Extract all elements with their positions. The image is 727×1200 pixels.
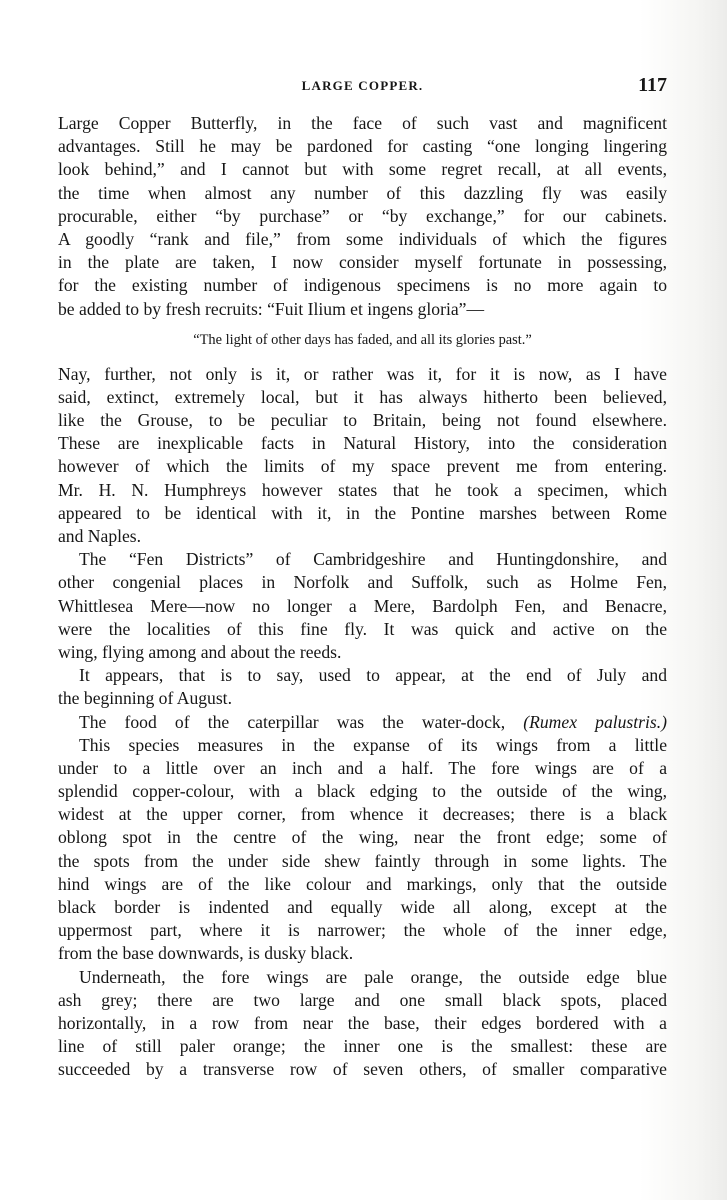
- body-text: Large Copper Butterfly, in the face of s…: [58, 112, 667, 1082]
- text-line: however of which the limits of my space …: [58, 455, 667, 478]
- running-head: LARGE COPPER. 117: [58, 74, 667, 98]
- paragraph: Underneath, the fore wings are pale oran…: [58, 966, 667, 1082]
- text-line: The food of the caterpillar was the wate…: [58, 711, 667, 734]
- text-line: uppermost part, where it is narrower; th…: [58, 919, 667, 942]
- text-line: This species measures in the expanse of …: [58, 734, 667, 757]
- text-line: widest at the upper corner, from whence …: [58, 803, 667, 826]
- text-line: the beginning of August.: [58, 687, 667, 710]
- text-line: succeeded by a transverse row of seven o…: [58, 1058, 667, 1081]
- plain-text: The food of the caterpillar was the wate…: [79, 712, 505, 732]
- text-line: like the Grouse, to be peculiar to Brita…: [58, 409, 667, 432]
- text-line: under to a little over an inch and a hal…: [58, 757, 667, 780]
- paragraph: The “Fen Districts” of Cambridgeshire an…: [58, 548, 667, 664]
- text-line: the time when almost any number of this …: [58, 182, 667, 205]
- text-line: horizontally, in a row from near the bas…: [58, 1012, 667, 1035]
- text-line: oblong spot in the centre of the wing, n…: [58, 826, 667, 849]
- latin-name: (Rumex palustris.): [523, 712, 667, 732]
- text-line: It appears, that is to say, used to appe…: [58, 664, 667, 687]
- text-line: said, extinct, extremely local, but it h…: [58, 386, 667, 409]
- text-line: Large Copper Butterfly, in the face of s…: [58, 112, 667, 135]
- text-line: Mr. H. N. Humphreys however states that …: [58, 479, 667, 502]
- text-line: appeared to be identical with it, in the…: [58, 502, 667, 525]
- text-line: line of still paler orange; the inner on…: [58, 1035, 667, 1058]
- text-line: were the localities of this fine fly. It…: [58, 618, 667, 641]
- page-number: 117: [638, 74, 667, 97]
- text-line: A goodly “rank and file,” from some indi…: [58, 228, 667, 251]
- text-line: ash grey; there are two large and one sm…: [58, 989, 667, 1012]
- paragraph: The food of the caterpillar was the wate…: [58, 711, 667, 734]
- text-line: black border is indented and equally wid…: [58, 896, 667, 919]
- text-line: splendid copper-colour, with a black edg…: [58, 780, 667, 803]
- paragraph: This species measures in the expanse of …: [58, 734, 667, 966]
- paragraph: Nay, further, not only is it, or rather …: [58, 363, 667, 549]
- text-line: Nay, further, not only is it, or rather …: [58, 363, 667, 386]
- text-line: look behind,” and I cannot but with some…: [58, 158, 667, 181]
- text-line: procurable, either “by purchase” or “by …: [58, 205, 667, 228]
- paragraph-continuation: Large Copper Butterfly, in the face of s…: [58, 112, 667, 321]
- text-line: for the existing number of indigenous sp…: [58, 274, 667, 297]
- paragraph: It appears, that is to say, used to appe…: [58, 664, 667, 710]
- text-line: The “Fen Districts” of Cambridgeshire an…: [58, 548, 667, 571]
- text-line: Whittlesea Mere—now no longer a Mere, Ba…: [58, 595, 667, 618]
- text-line: and Naples.: [58, 525, 667, 548]
- text-line: Underneath, the fore wings are pale oran…: [58, 966, 667, 989]
- text-line: These are inexplicable facts in Natural …: [58, 432, 667, 455]
- text-line: advantages. Still he may be pardoned for…: [58, 135, 667, 158]
- text-line: the spots from the under side shew faint…: [58, 850, 667, 873]
- running-title: LARGE COPPER.: [58, 78, 667, 94]
- text-line: other congenial places in Norfolk and Su…: [58, 571, 667, 594]
- block-quote: “The light of other days has faded, and …: [58, 329, 667, 351]
- text-line: in the plate are taken, I now consider m…: [58, 251, 667, 274]
- book-page: LARGE COPPER. 117 Large Copper Butterfly…: [0, 0, 727, 1200]
- text-line: from the base downwards, is dusky black.: [58, 942, 667, 965]
- text-line: be added to by fresh recruits: “Fuit Ili…: [58, 298, 667, 321]
- text-line: wing, flying among and about the reeds.: [58, 641, 667, 664]
- text-line: hind wings are of the like colour and ma…: [58, 873, 667, 896]
